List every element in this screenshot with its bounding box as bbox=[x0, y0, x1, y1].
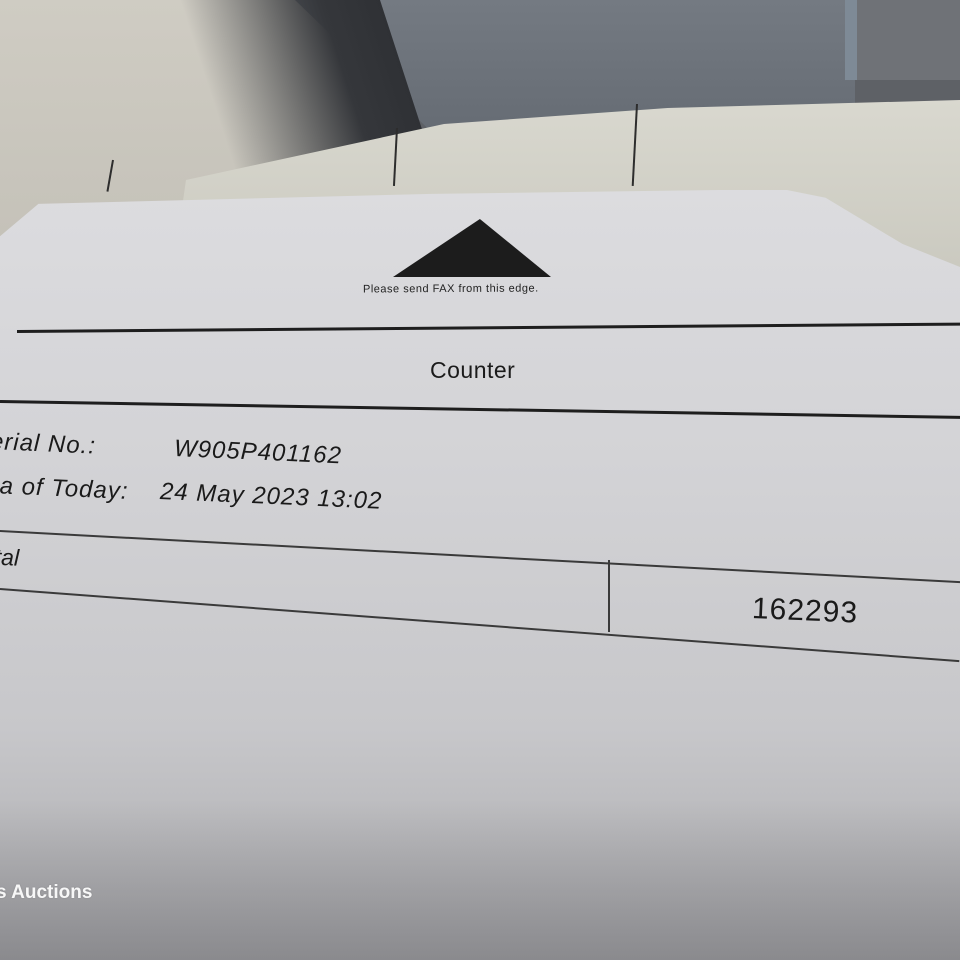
total-label: otal bbox=[0, 543, 20, 571]
background-corner bbox=[845, 0, 960, 80]
background-frame-strip bbox=[845, 0, 857, 80]
total-count-value: 162293 bbox=[751, 592, 858, 631]
watermark-text: s Auctions bbox=[0, 882, 92, 904]
serial-number-label: erial No.: bbox=[0, 428, 97, 461]
date-label: ta of Today: bbox=[0, 472, 129, 506]
fax-instruction: Please send FAX from this edge. bbox=[363, 283, 539, 296]
report-title: Counter bbox=[430, 357, 515, 384]
table-column-divider bbox=[608, 560, 610, 632]
bottom-shadow bbox=[0, 800, 960, 960]
